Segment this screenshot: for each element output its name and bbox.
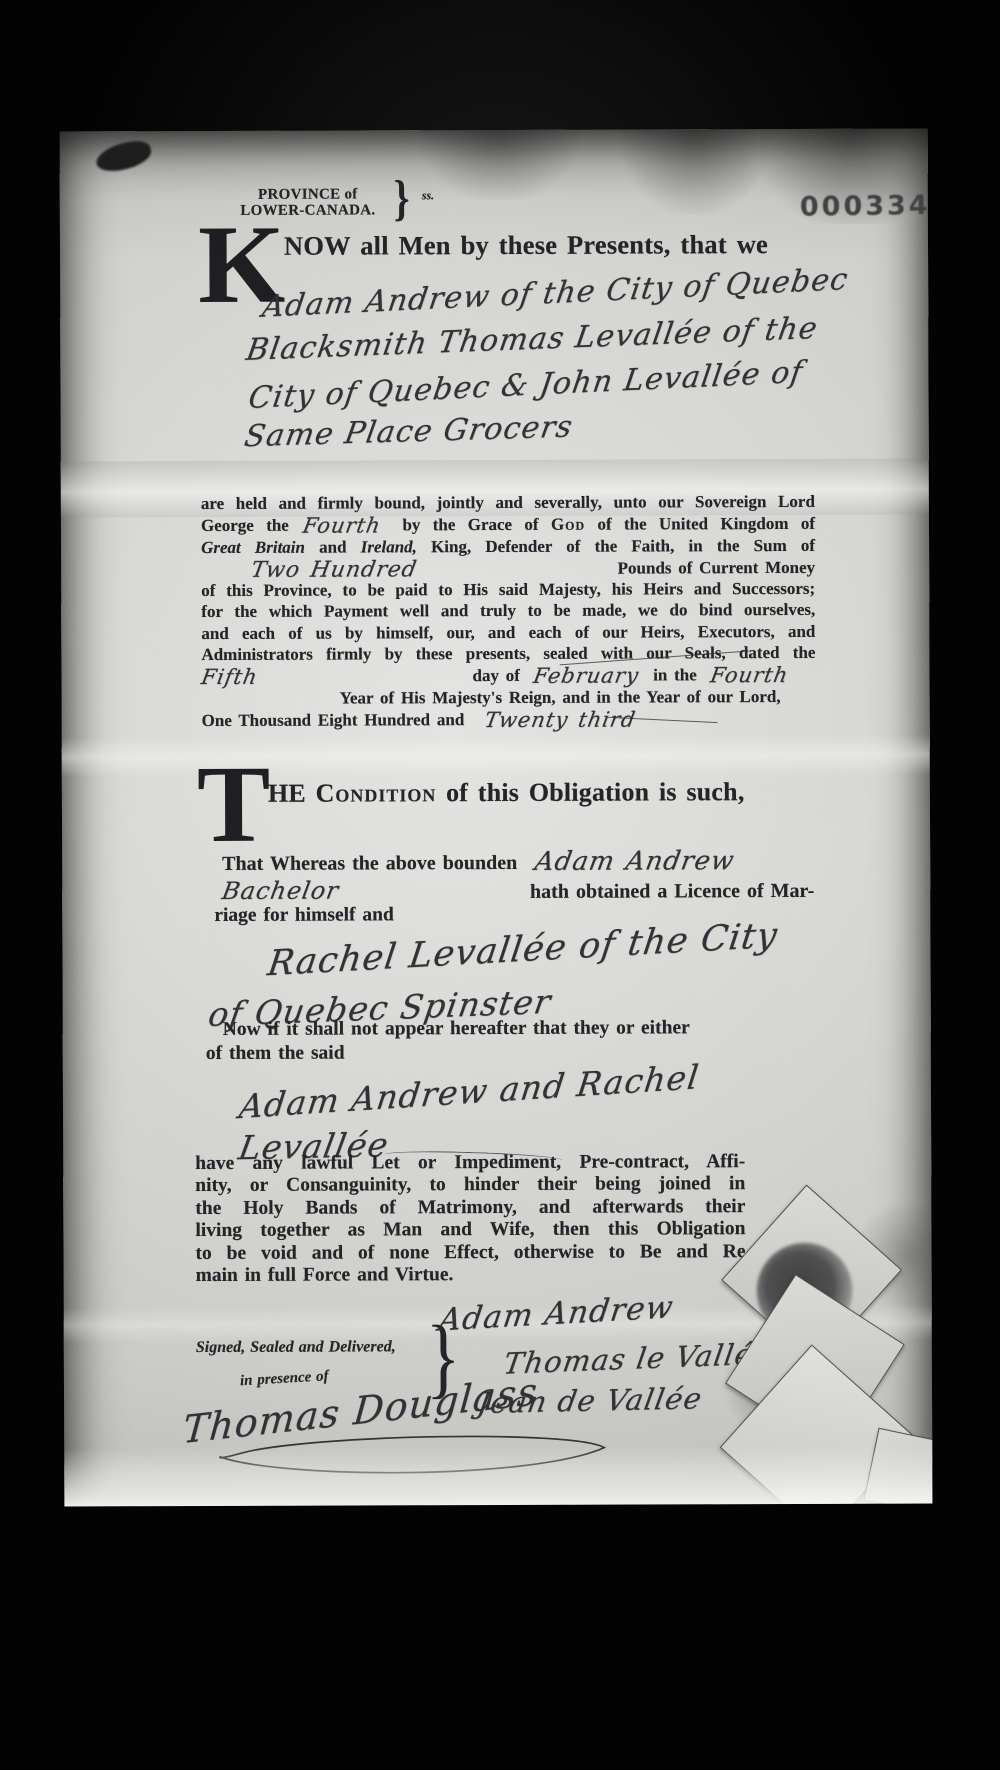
handwritten-fill-in: February <box>532 666 641 688</box>
jurat-ss: ss. <box>422 188 434 203</box>
handwritten-fill-in: Adam Andrew <box>533 846 737 877</box>
condition-now-line1: Now if it shall not appear hereafter tha… <box>223 1017 690 1041</box>
printed-text: HE <box>268 779 316 808</box>
handwritten-fill-in: Fifth <box>200 667 260 689</box>
bond-line-8: Administrators firmly by these presents,… <box>201 642 815 665</box>
bond-line-4: Two HundredPounds of Current Money <box>201 556 815 580</box>
header-province-line1: PROVINCE of <box>228 186 388 203</box>
printed-text: One Thousand Eight Hundred and <box>202 709 465 731</box>
closing-line: to be void and of none Effect, otherwise… <box>195 1241 745 1265</box>
bond-line-9: Fifthday ofFebruaryin theFourth <box>201 663 815 687</box>
bond-line-10: Year of His Majesty's Reign, and in the … <box>340 686 816 709</box>
bond-line-11: One Thousand Eight Hundred andTwenty thi… <box>202 707 816 731</box>
signature-flourish <box>202 1425 642 1483</box>
closing-line: have any lawful Let or Impediment, Pre-c… <box>195 1151 745 1175</box>
printed-text: God <box>551 515 585 534</box>
stamp-number: 000334 <box>800 190 931 223</box>
printed-text: of this Obligation is such, <box>436 777 744 807</box>
document-page: PROVINCE of LOWER-CANADA. } ss. 000334 K… <box>60 128 933 1506</box>
printed-text: Ireland, <box>361 537 417 556</box>
ink-blotch <box>94 138 154 175</box>
printed-text: and <box>305 537 361 556</box>
printed-text: Great Britain <box>201 537 305 556</box>
top-smudge <box>620 129 770 215</box>
printed-text: That Whereas the above bounden <box>222 852 517 876</box>
opening-title: NOW all Men by these Presents, that we <box>284 229 768 262</box>
signature-adam-andrew: Adam Andrew <box>438 1289 675 1338</box>
top-smudge <box>420 130 580 201</box>
handwritten-names-line: Adam Andrew and Rachel <box>238 1057 700 1126</box>
condition-title: HE Condition of this Obligation is such, <box>268 777 745 809</box>
printed-text: by the Grace of <box>402 515 551 535</box>
signature-jean-devallee: Jean de Vallée <box>478 1381 703 1420</box>
handwritten-fill-in: Two Hundred <box>249 559 418 581</box>
handwritten-fill-in: Fourth <box>709 665 790 687</box>
attestation-line1: Signed, Sealed and Delivered, <box>196 1338 396 1357</box>
handwritten-fill-in: Twenty third <box>482 709 637 731</box>
printed-text: George the <box>201 516 289 535</box>
closing-line: the Holy Bands of Matrimony, and afterwa… <box>195 1196 745 1220</box>
bond-line-1: are held and firmly bound, jointly and s… <box>201 491 815 514</box>
condition-bachelor-line: Bachelorhath obtained a Licence of Mar- <box>222 875 814 905</box>
handwritten-fill-in: Fourth <box>301 516 382 538</box>
printed-text: hath obtained a Licence of Mar- <box>530 880 814 904</box>
handwritten-fill-in: Bachelor <box>220 877 341 905</box>
condition-now-line2: of them the said <box>206 1043 345 1065</box>
closing-paragraph: have any lawful Let or Impediment, Pre-c… <box>195 1151 745 1287</box>
attestation-line2: in presence of <box>240 1368 329 1390</box>
bond-line-7: and each of us by himself, our, and each… <box>201 621 815 644</box>
printed-text: in the <box>653 665 697 686</box>
printed-text: of the United Kingdom of <box>585 514 815 534</box>
bond-line-3: Great Britain and Ireland, King, Defende… <box>201 534 815 557</box>
printed-text: Pounds of Current Money <box>618 557 816 579</box>
handwritten-parties-line: Same Place Grocers <box>244 409 573 454</box>
closing-line: main in full Force and Virtue. <box>196 1263 746 1287</box>
bond-line-2: George theFourthby the Grace of God of t… <box>201 512 815 536</box>
closing-line: nity, or Consanguinity, to hinder their … <box>195 1174 745 1198</box>
condition-dropcap: T <box>197 765 271 844</box>
bond-paragraph: are held and firmly bound, jointly and s… <box>201 491 816 731</box>
bond-line-6: for the which Payment well and truly to … <box>201 599 815 622</box>
paper-crease <box>62 734 930 777</box>
printed-text: Condition <box>316 778 437 807</box>
printed-text: day of <box>473 665 520 686</box>
condition-whereas-line: That Whereas the above boundenAdam Andre… <box>222 845 734 877</box>
printed-text: King, Defender of the Faith, in the Sum … <box>417 535 815 555</box>
closing-line: living together as Man and Wife, then th… <box>195 1218 745 1242</box>
condition-riage-line: riage for himself and <box>214 904 394 927</box>
jurat-brace: } <box>394 168 410 227</box>
